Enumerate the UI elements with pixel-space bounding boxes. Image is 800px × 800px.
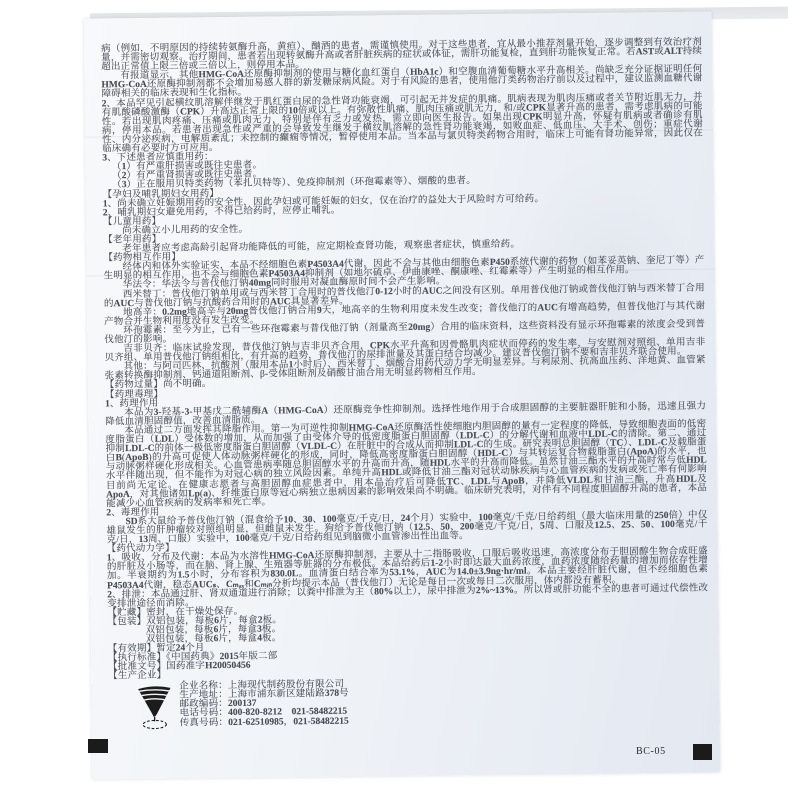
crop-mark-left xyxy=(88,739,108,753)
paragraph: 本品通过二方面发挥其降脂作用。第一为可逆性抑制HMG-CoA还原酶活性使细胞内胆… xyxy=(105,420,707,509)
leaflet-page: 病（例如，不明原因的持续转氨酶升高，黄疸）、酗酒的患者，需谨慎使用。对于这些患者… xyxy=(84,11,721,779)
company-logo-icon xyxy=(136,684,173,730)
company-logo-icon xyxy=(136,684,173,730)
scanned-leaflet: 病（例如，不明原因的持续转氨酶升高，黄疸）、酗酒的患者，需谨慎使用。对于这些患者… xyxy=(0,0,800,800)
company-info-line: 传真号码：021-62510985，021-58482215 xyxy=(180,717,350,728)
leaflet-body-text: 病（例如，不明原因的持续转氨酶升高，黄疸）、酗酒的患者，需谨慎使用。对于这些患者… xyxy=(101,39,710,731)
paragraph: 2、本品罕见引起横纹肌溶解伴继发于肌红蛋白尿的急性肾功能衰竭，可引起无并发症的肌… xyxy=(102,93,704,154)
manufacturer-block: 企业名称：上海现代制药股份有限公司生产地址：上海市浦东新区建陆路378号邮政编码… xyxy=(136,676,710,730)
company-info: 企业名称：上海现代制药股份有限公司生产地址：上海市浦东新区建陆路378号邮政编码… xyxy=(179,680,349,730)
paragraph-list: 病（例如，不明原因的持续转氨酶升高，黄疸）、酗酒的患者，需谨慎使用。对于这些患者… xyxy=(101,39,709,682)
crop-mark-right xyxy=(693,744,712,760)
print-code: BC-05 xyxy=(636,746,666,757)
